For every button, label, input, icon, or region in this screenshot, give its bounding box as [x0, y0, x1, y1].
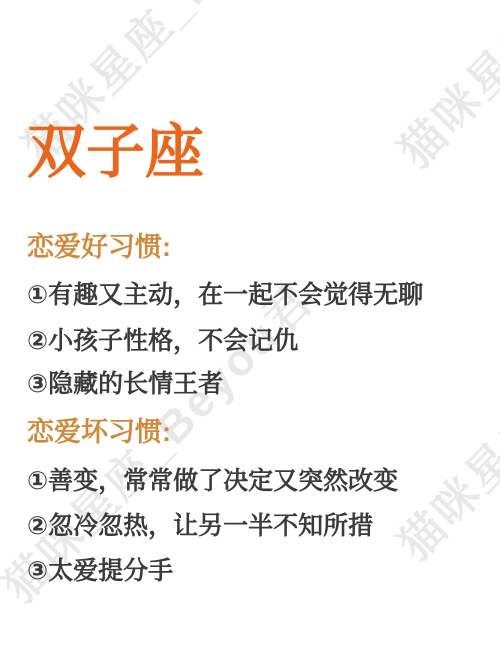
- bad-habit-item-1: ①善变，常常做了决定又突然改变: [27, 466, 398, 496]
- good-habit-item-3: ③隐藏的长情王者: [27, 369, 223, 399]
- section-bad-habits-heading: 恋爱坏习惯:: [27, 416, 171, 448]
- zodiac-poster: 猫咪星座_Beyou君 猫咪星座_Beyou君 猫咪星座_Beyou君 猫咪星座…: [0, 0, 500, 666]
- bad-habit-item-3: ③太爱提分手: [27, 556, 173, 586]
- bad-habit-item-2: ②忽冷忽热，让另一半不知所措: [27, 511, 373, 541]
- page-title: 双子座: [27, 120, 204, 185]
- good-habit-item-2: ②小孩子性格，不会记仇: [27, 326, 298, 356]
- poster-content: 双子座 恋爱好习惯: ①有趣又主动，在一起不会觉得无聊 ②小孩子性格，不会记仇 …: [0, 0, 500, 666]
- good-habit-item-1: ①有趣又主动，在一起不会觉得无聊: [27, 280, 423, 310]
- section-good-habits-heading: 恋爱好习惯:: [27, 231, 171, 263]
